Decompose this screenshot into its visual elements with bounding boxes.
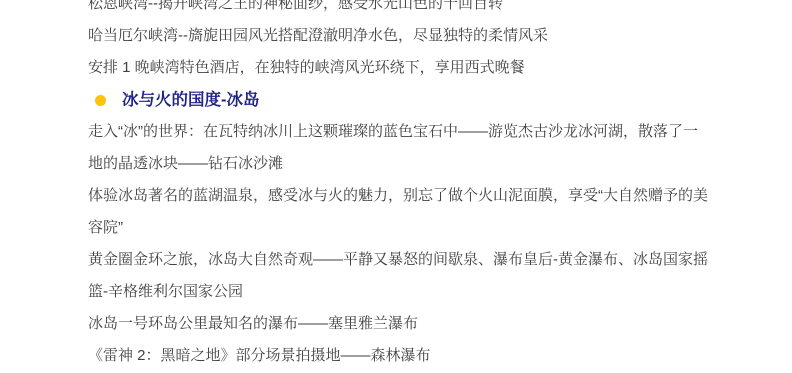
itinerary-line: 体验冰岛著名的蓝湖温泉，感受冰与火的魅力，别忘了做个火山泥面膜，享受“大自然赠予… — [88, 180, 752, 212]
itinerary-page: 松恩峡湾--揭开峡湾之王的神秘面纱，感受水光山色的千回百转哈当厄尔峡湾--旖旎田… — [0, 0, 792, 373]
itinerary-line: 《雷神 2：黑暗之地》部分场景拍摄地——森林瀑布 — [88, 340, 752, 372]
itinerary-content: 松恩峡湾--揭开峡湾之王的神秘面纱，感受水光山色的千回百转哈当厄尔峡湾--旖旎田… — [88, 0, 752, 372]
bullet-icon — [95, 95, 106, 106]
itinerary-line: 冰岛一号环岛公里最知名的瀑布——塞里雅兰瀑布 — [88, 308, 752, 340]
itinerary-line: 哈当厄尔峡湾--旖旎田园风光搭配澄澈明净水色，尽显独特的柔情风采 — [88, 20, 752, 52]
itinerary-line: 黄金圈金环之旅，冰岛大自然奇观——平静又暴怒的间歇泉、瀑布皇后-黄金瀑布、冰岛国… — [88, 244, 752, 276]
itinerary-line: 篮-辛格维利尔国家公园 — [88, 276, 752, 308]
itinerary-line: 松恩峡湾--揭开峡湾之王的神秘面纱，感受水光山色的千回百转 — [88, 0, 752, 20]
section-heading: 冰与火的国度-冰岛 — [122, 84, 260, 116]
itinerary-line: 地的晶透冰块——钻石冰沙滩 — [88, 148, 752, 180]
itinerary-line: 安排 1 晚峡湾特色酒店，在独特的峡湾风光环绕下，享用西式晚餐 — [88, 52, 752, 84]
itinerary-line: 走入“冰”的世界：在瓦特纳冰川上这颗璀璨的蓝色宝石中——游览杰古沙龙冰河湖，散落… — [88, 116, 752, 148]
itinerary-line: 容院” — [88, 212, 752, 244]
section-heading-row: 冰与火的国度-冰岛 — [88, 84, 752, 116]
